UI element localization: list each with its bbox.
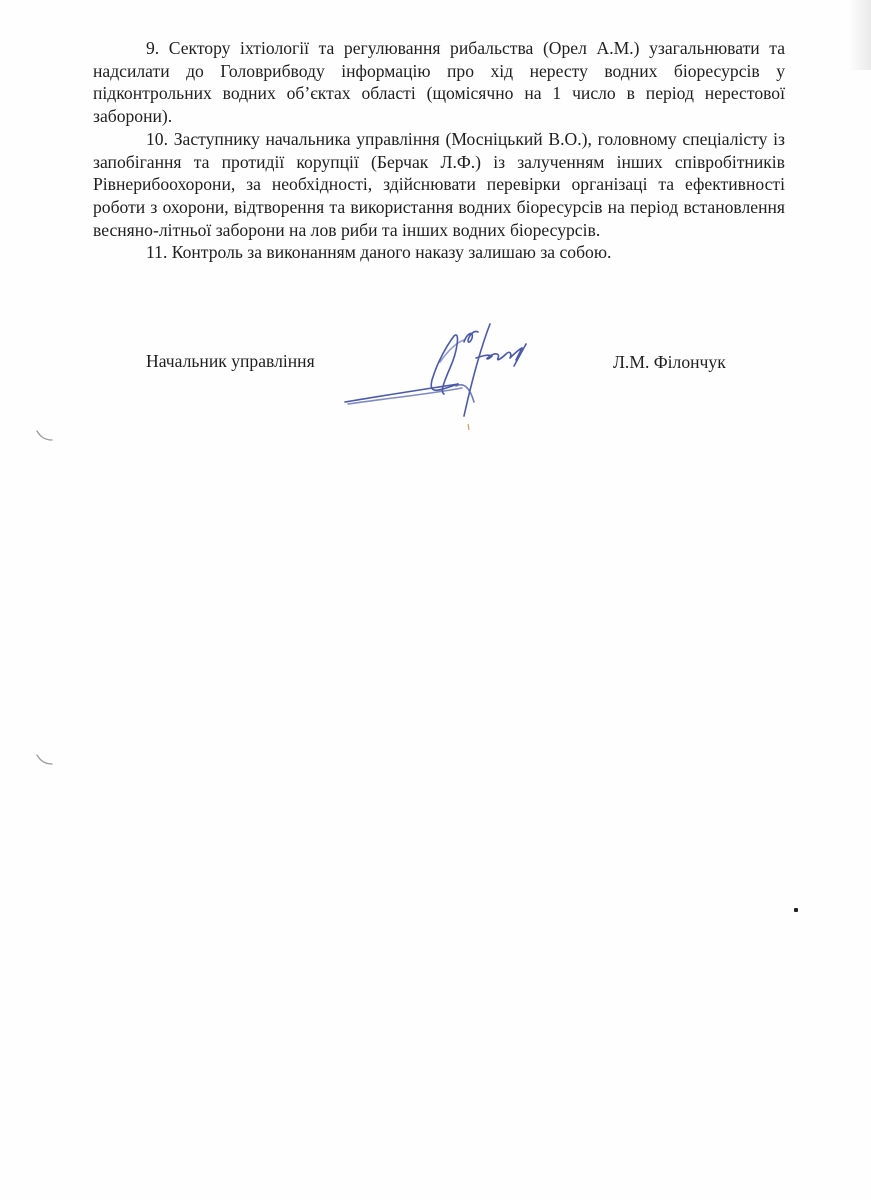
scan-artifact-dot: [794, 908, 798, 912]
scan-edge-shadow: [849, 0, 871, 70]
document-page: 9. Сектору іхтіології та регулювання риб…: [0, 0, 871, 1200]
signatory-name: Л.М. Філончук: [613, 352, 726, 373]
paragraph-10: 10. Заступнику начальника управління (Мо…: [93, 128, 785, 242]
paragraph-9: 9. Сектору іхтіології та регулювання риб…: [93, 37, 785, 128]
document-body: 9. Сектору іхтіології та регулювання риб…: [93, 37, 785, 264]
signature-block: Начальник управління Л.М. Філончук: [0, 335, 871, 445]
signatory-position: Начальник управління: [146, 351, 315, 372]
paragraph-11: 11. Контроль за виконанням даного наказу…: [93, 241, 785, 264]
handwritten-signature-icon: [340, 320, 580, 430]
scan-artifact-mark-icon: [34, 428, 56, 444]
scan-artifact-mark-icon: [34, 752, 56, 768]
